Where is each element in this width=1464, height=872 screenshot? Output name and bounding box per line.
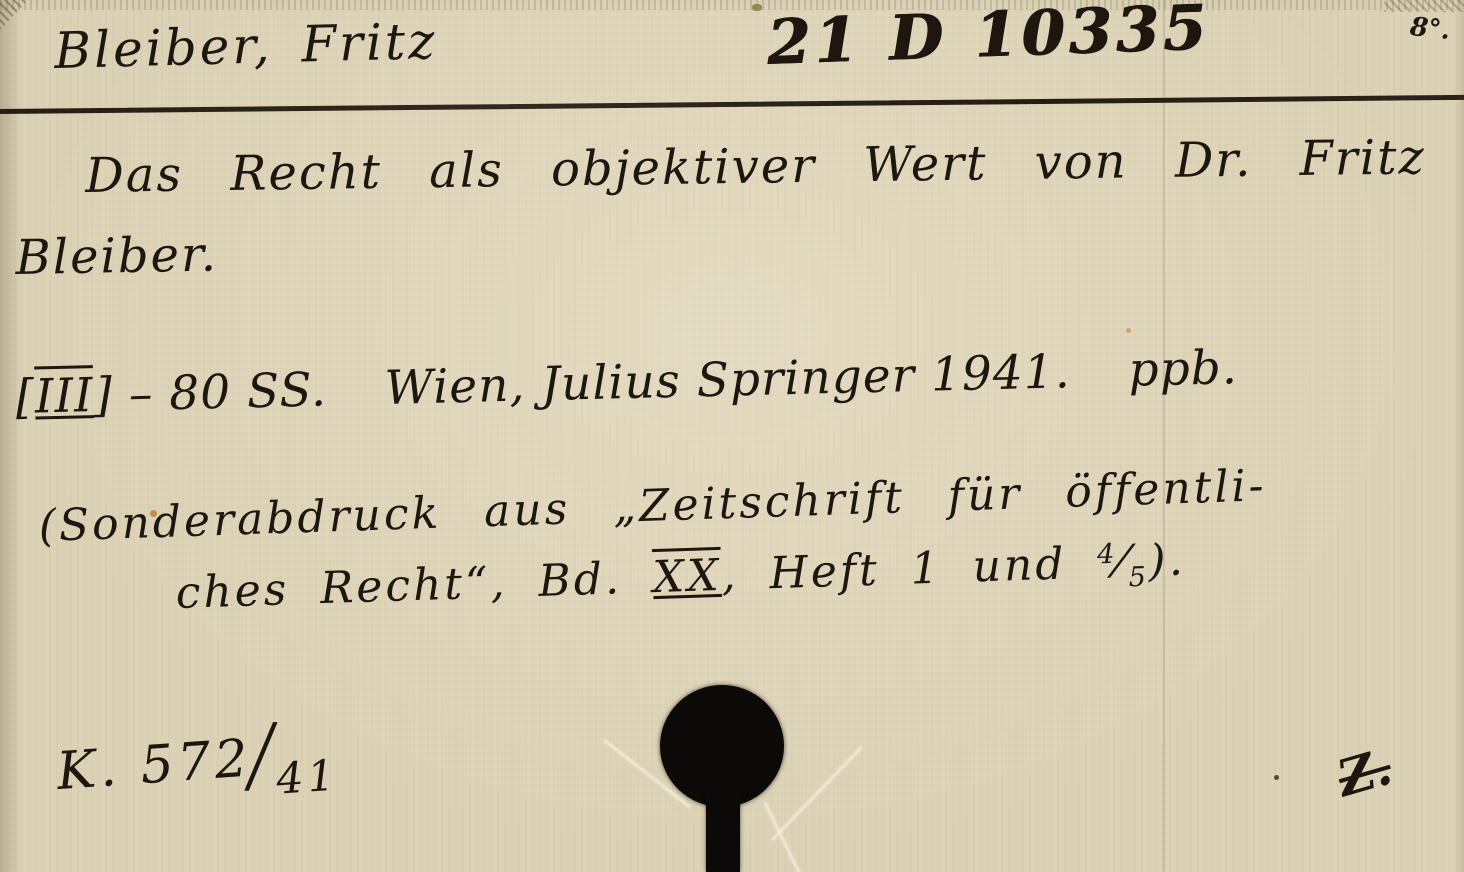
rod-hole-punch bbox=[660, 685, 784, 807]
paper-speck bbox=[150, 510, 157, 517]
paper-crease bbox=[771, 746, 863, 842]
pages-rest: ] – 80 SS. bbox=[93, 362, 328, 423]
bracket-open: [ bbox=[15, 370, 36, 425]
note-prefix: ches Recht“, Bd. bbox=[175, 552, 654, 619]
pagination-roman: III bbox=[34, 368, 94, 424]
scan-edge-right bbox=[1454, 0, 1464, 872]
title-line-2: Bleiber. bbox=[15, 230, 218, 282]
scan-edge-left bbox=[0, 0, 22, 872]
paper-crease bbox=[763, 801, 801, 872]
binding-note: ppb. bbox=[1128, 344, 1238, 394]
accession-slash: / bbox=[248, 713, 277, 800]
series-note-line-1: (Sonderabdruck aus „Zeitschrift für öffe… bbox=[38, 464, 1267, 549]
rod-slot-cut bbox=[706, 790, 740, 872]
issue-fraction-numerator: 4 bbox=[1097, 539, 1118, 571]
pagination: [III] – 80 SS. bbox=[15, 366, 327, 421]
call-number: 21 D 10335 bbox=[766, 0, 1211, 74]
volume-roman: XX bbox=[652, 550, 722, 603]
author-heading: Bleiber, Fritz bbox=[54, 16, 438, 76]
paper-speck bbox=[1274, 775, 1279, 780]
accession-number: K. 572/41 bbox=[55, 723, 340, 817]
title-line-1: Das Recht als objektiver Wert von Dr. Fr… bbox=[85, 133, 1426, 200]
accession-main: K. 572 bbox=[55, 729, 254, 802]
librarian-mark: Z. bbox=[1332, 742, 1397, 805]
corner-hatch-mark bbox=[1384, 0, 1464, 12]
note-suffix: ). bbox=[1148, 535, 1187, 587]
imprint: Wien, Julius Springer 1941. bbox=[384, 348, 1071, 412]
paper-speck bbox=[1126, 328, 1131, 333]
accession-year: 41 bbox=[275, 751, 341, 805]
format-mark: 8°. bbox=[1409, 14, 1452, 44]
note-middle: , Heft 1 und bbox=[721, 537, 1099, 600]
catalog-card: Bleiber, Fritz 21 D 10335 8°. Das Recht … bbox=[0, 0, 1464, 872]
rule-divider bbox=[0, 95, 1464, 114]
paper-crease bbox=[1163, 0, 1165, 872]
issue-fraction-denominator: 5 bbox=[1128, 562, 1149, 594]
paper-speck bbox=[752, 4, 762, 11]
series-note-line-2: ches Recht“, Bd. XX, Heft 1 und 4⁄5). bbox=[175, 538, 1187, 623]
collation-line: [III] – 80 SS. Wien, Julius Springer 194… bbox=[15, 344, 1238, 421]
scan-edge-top bbox=[0, 0, 1464, 10]
